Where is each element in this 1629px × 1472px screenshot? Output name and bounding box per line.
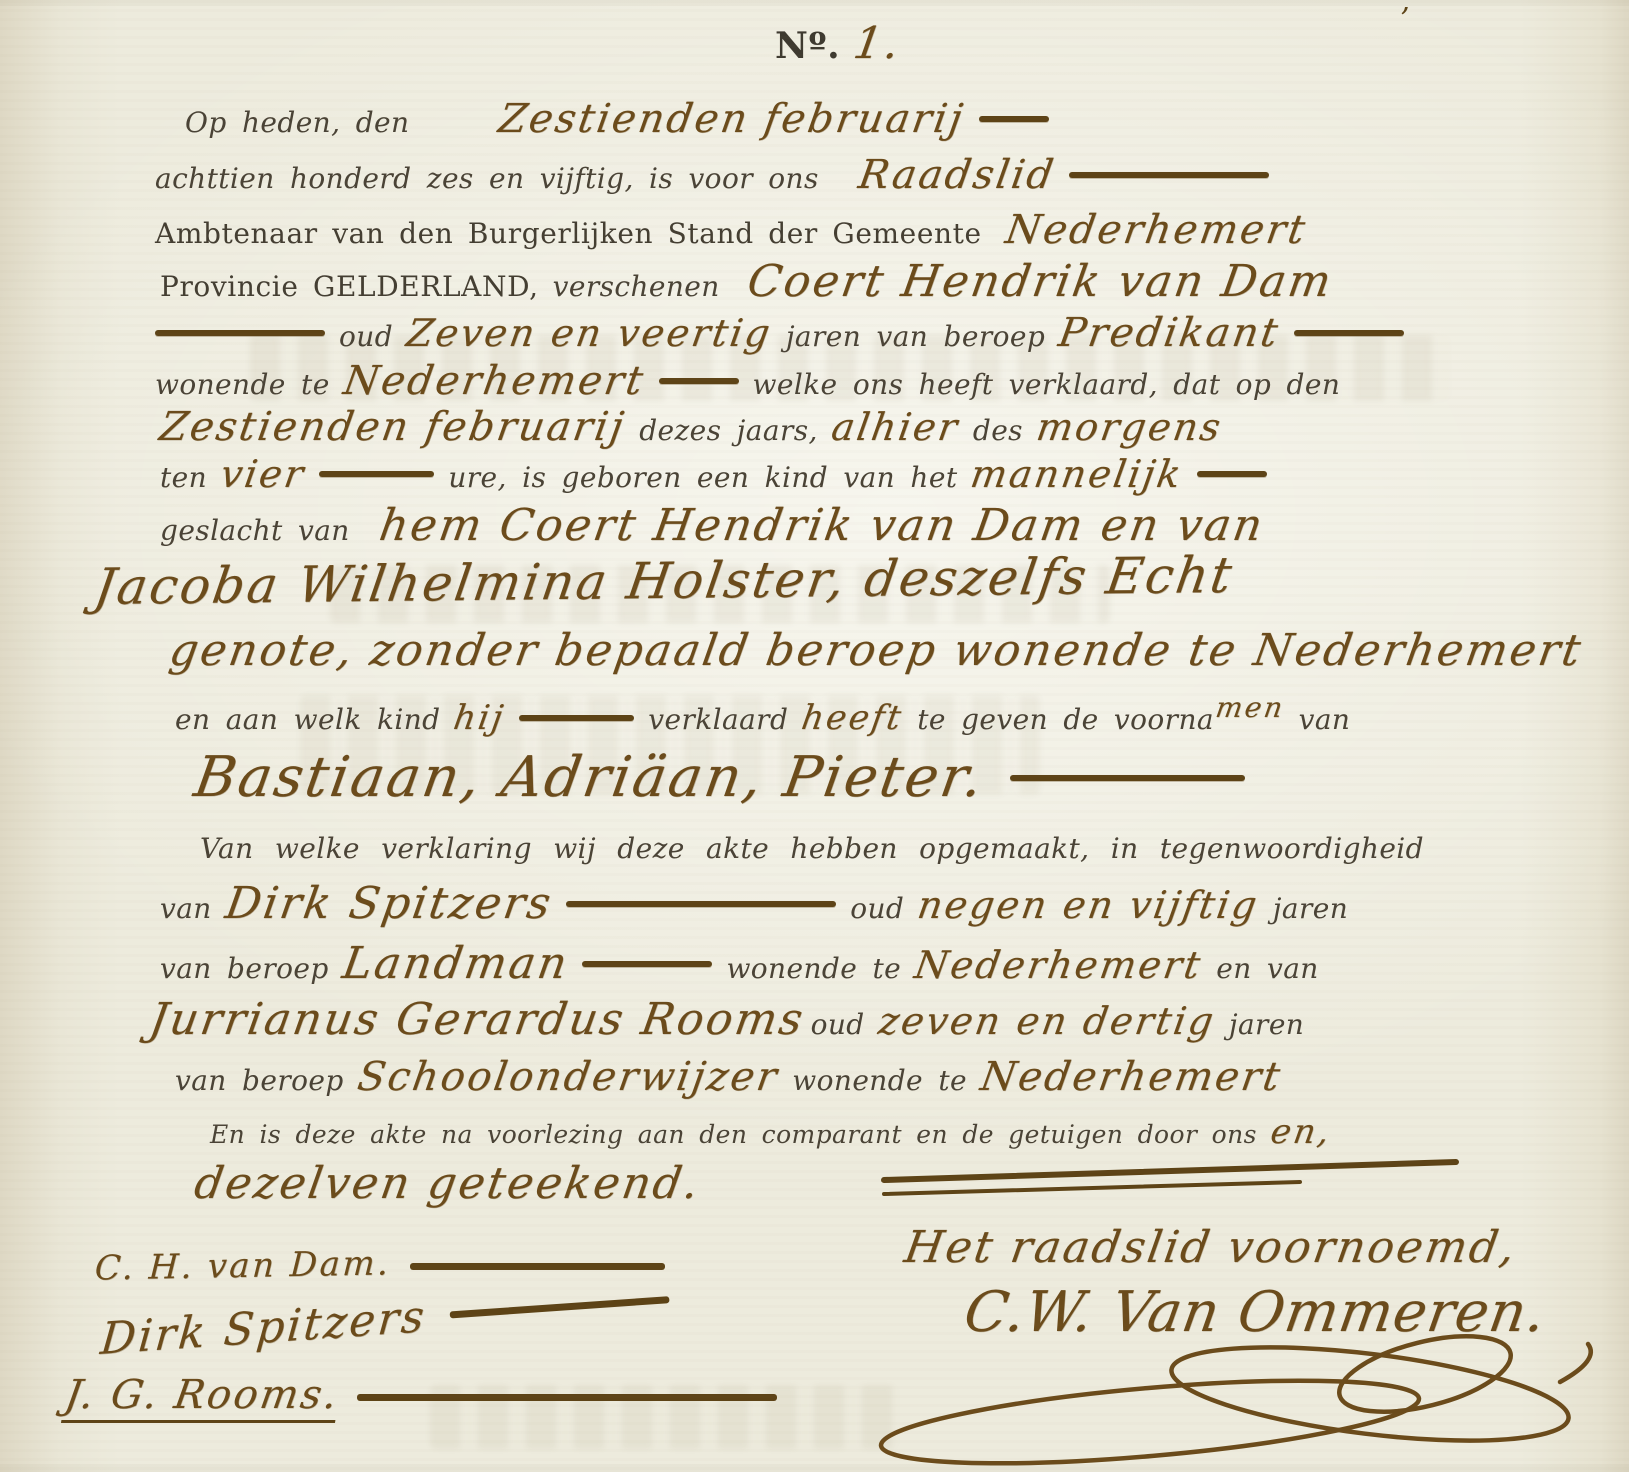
birth-certificate-page: ’ Nº. 1. Op heden, den Zestienden februa… (0, 0, 1629, 1472)
filler-dash (659, 378, 739, 384)
handwritten-witness1-profession: Landman (339, 938, 573, 989)
handwritten-suffix: men (1213, 691, 1287, 724)
printed-text: wonende te (792, 1064, 967, 1097)
printed-text: geslacht van (160, 514, 350, 547)
handwritten-word: en, (1268, 1112, 1335, 1152)
handwritten-place: alhier (828, 405, 962, 449)
filler-dash (319, 471, 434, 477)
handwritten-mother-name: Jacoba Wilhelmina Holster, deszelfs Echt (91, 546, 1238, 616)
printed-text: dezes jaars, (639, 414, 818, 447)
act-line: van beroep Schoolonderwijzer wonende te … (175, 1054, 1282, 1100)
act-line: En is deze akte na voorlezing aan den co… (210, 1112, 1331, 1152)
printed-text: van (160, 892, 212, 925)
handwritten-residence: Nederhemert (340, 358, 648, 404)
printed-text: wonende te (726, 952, 901, 985)
printed-text: ten (160, 461, 207, 494)
handwritten-mother-details: genote, zonder bepaald beroep wonende te… (166, 625, 1586, 676)
handwritten-witness2-age: zeven en dertig (875, 999, 1218, 1043)
signature-flourish (860, 1322, 1620, 1470)
signature-dirk-spitzers: Dirk Spitzers (98, 1291, 428, 1365)
handwritten-birth-date: Zestienden februarij (156, 404, 628, 450)
printed-text: ure, is geboren een kind van het (448, 461, 957, 494)
printed-text: van (1299, 703, 1351, 736)
handwritten-profession: Predikant (1056, 310, 1284, 356)
handwritten-official-title: Raadslid (855, 152, 1058, 198)
act-number-value: 1. (850, 18, 905, 69)
printed-text: jaren (1273, 892, 1348, 925)
act-line: en aan welk kind hij verklaard heeft te … (175, 698, 1350, 738)
act-line: Zestienden februarij dezes jaars, alhier… (160, 404, 1222, 450)
filler-dash (1069, 172, 1269, 178)
filler-dash (1197, 471, 1267, 477)
handwritten-verb: heeft (799, 698, 906, 738)
filler-dash (566, 901, 836, 907)
act-line: Jacoba Wilhelmina Holster, deszelfs Echt (95, 546, 1234, 616)
printed-text: Provincie GELDERLAND, (160, 270, 539, 303)
act-line: Bastiaan, Adriäan, Pieter. (195, 745, 1245, 810)
handwritten-hour: vier (218, 452, 309, 496)
signature-witness1: Dirk Spitzers (99, 1274, 672, 1365)
act-number: Nº. 1. (775, 18, 901, 69)
printed-text: En is deze akte na voorlezing aan den co… (210, 1120, 1257, 1149)
signature-c-h-van-dam: C. H. van Dam. (94, 1243, 392, 1288)
signature-rule (357, 1394, 777, 1401)
filler-dash (1010, 775, 1245, 781)
act-line: Ambtenaar van den Burgerlijken Stand der… (155, 207, 1307, 253)
printed-text: jaren (1229, 1008, 1304, 1041)
handwritten-witness2-profession: Schoolonderwijzer (354, 1054, 782, 1100)
act-line: wonende te Nederhemert welke ons heeft v… (155, 358, 1340, 404)
printed-text: jaren van beroep (786, 320, 1045, 353)
handwritten-time-of-day: morgens (1033, 405, 1225, 449)
printed-text: en aan welk kind (175, 703, 440, 736)
handwritten-municipality: Nederhemert (1002, 207, 1310, 253)
stray-ink-mark: ’ (1400, 2, 1410, 37)
handwritten-date: Zestienden februarij (496, 96, 968, 142)
act-line: Op heden, den Zestienden februarij (185, 96, 1049, 142)
printed-text: en van (1216, 952, 1318, 985)
printed-text: des (973, 414, 1023, 447)
act-line: Jurrianus Gerardus Rooms oud zeven en de… (150, 994, 1304, 1045)
filler-dash (1294, 330, 1404, 336)
printed-text: achttien honderd zes en vijftig, is voor… (155, 162, 819, 195)
signature-witness2: J. G. Rooms. (65, 1372, 777, 1423)
act-line: ten vier ure, is geboren een kind van he… (160, 452, 1267, 496)
closing-title: Het raadslid voornoemd, (905, 1222, 1517, 1273)
printed-text: van beroep (175, 1064, 344, 1097)
handwritten-closing-title: Het raadslid voornoemd, (901, 1222, 1521, 1273)
filler-dash (519, 715, 634, 721)
act-line: van Dirk Spitzers oud negen en vijftig j… (160, 878, 1348, 929)
printed-text: oud (339, 320, 393, 353)
printed-text: van beroep (160, 952, 329, 985)
printed-text: welke ons heeft verklaard, dat op den (753, 368, 1341, 401)
act-line: genote, zonder bepaald beroep wonende te… (170, 625, 1582, 676)
act-number-label: Nº. (775, 25, 840, 67)
signature-rule (410, 1263, 665, 1270)
signature-rule (450, 1296, 670, 1318)
printed-text: Op heden, den (185, 106, 409, 139)
printed-text: Ambtenaar van den Burgerlijken Stand der… (155, 217, 982, 250)
printed-text: wonende te (155, 368, 330, 401)
act-line: geslacht van hem Coert Hendrik van Dam e… (160, 500, 1264, 551)
handwritten-closing: dezelven geteekend. (191, 1158, 704, 1209)
handwritten-declarant-name: Coert Hendrik van Dam (744, 256, 1337, 307)
act-line: oud Zeven en veertig jaren van beroep Pr… (155, 310, 1404, 356)
printed-text: verklaard (648, 703, 788, 736)
filler-dash (155, 330, 325, 336)
closing-double-rule (880, 1150, 1460, 1200)
printed-text: oud (850, 892, 904, 925)
handwritten-witness1-name: Dirk Spitzers (222, 878, 557, 929)
act-line: Van welke verklaring wij deze akte hebbe… (200, 832, 1424, 865)
act-line: dezelven geteekend. (195, 1158, 700, 1209)
printed-text: te geven de voorna (917, 703, 1214, 736)
handwritten-child-names: Bastiaan, Adriäan, Pieter. (190, 745, 990, 810)
handwritten-witness1-age: negen en vijftig (915, 883, 1263, 927)
act-line: van beroep Landman wonende te Nederhemer… (160, 938, 1319, 989)
act-line: achttien honderd zes en vijftig, is voor… (155, 152, 1269, 198)
signature-j-g-rooms: J. G. Rooms. (61, 1372, 343, 1423)
handwritten-witness2-name: Jurrianus Gerardus Rooms (146, 994, 809, 1045)
printed-text: oud (811, 1008, 865, 1041)
handwritten-witness1-residence: Nederhemert (912, 943, 1206, 987)
handwritten-gender: mannelijk (968, 452, 1187, 496)
act-line: Provincie GELDERLAND, verschenen Coert H… (160, 256, 1332, 307)
handwritten-father-name: hem Coert Hendrik van Dam en van (376, 500, 1268, 551)
filler-dash (979, 116, 1049, 122)
printed-text: verschenen (553, 270, 720, 303)
handwritten-age: Zeven en veertig (404, 311, 776, 355)
printed-text: Van welke verklaring wij deze akte hebbe… (200, 832, 1424, 865)
handwritten-witness2-residence: Nederhemert (977, 1054, 1285, 1100)
filler-dash (582, 961, 712, 967)
handwritten-pronoun: hij (451, 698, 508, 738)
